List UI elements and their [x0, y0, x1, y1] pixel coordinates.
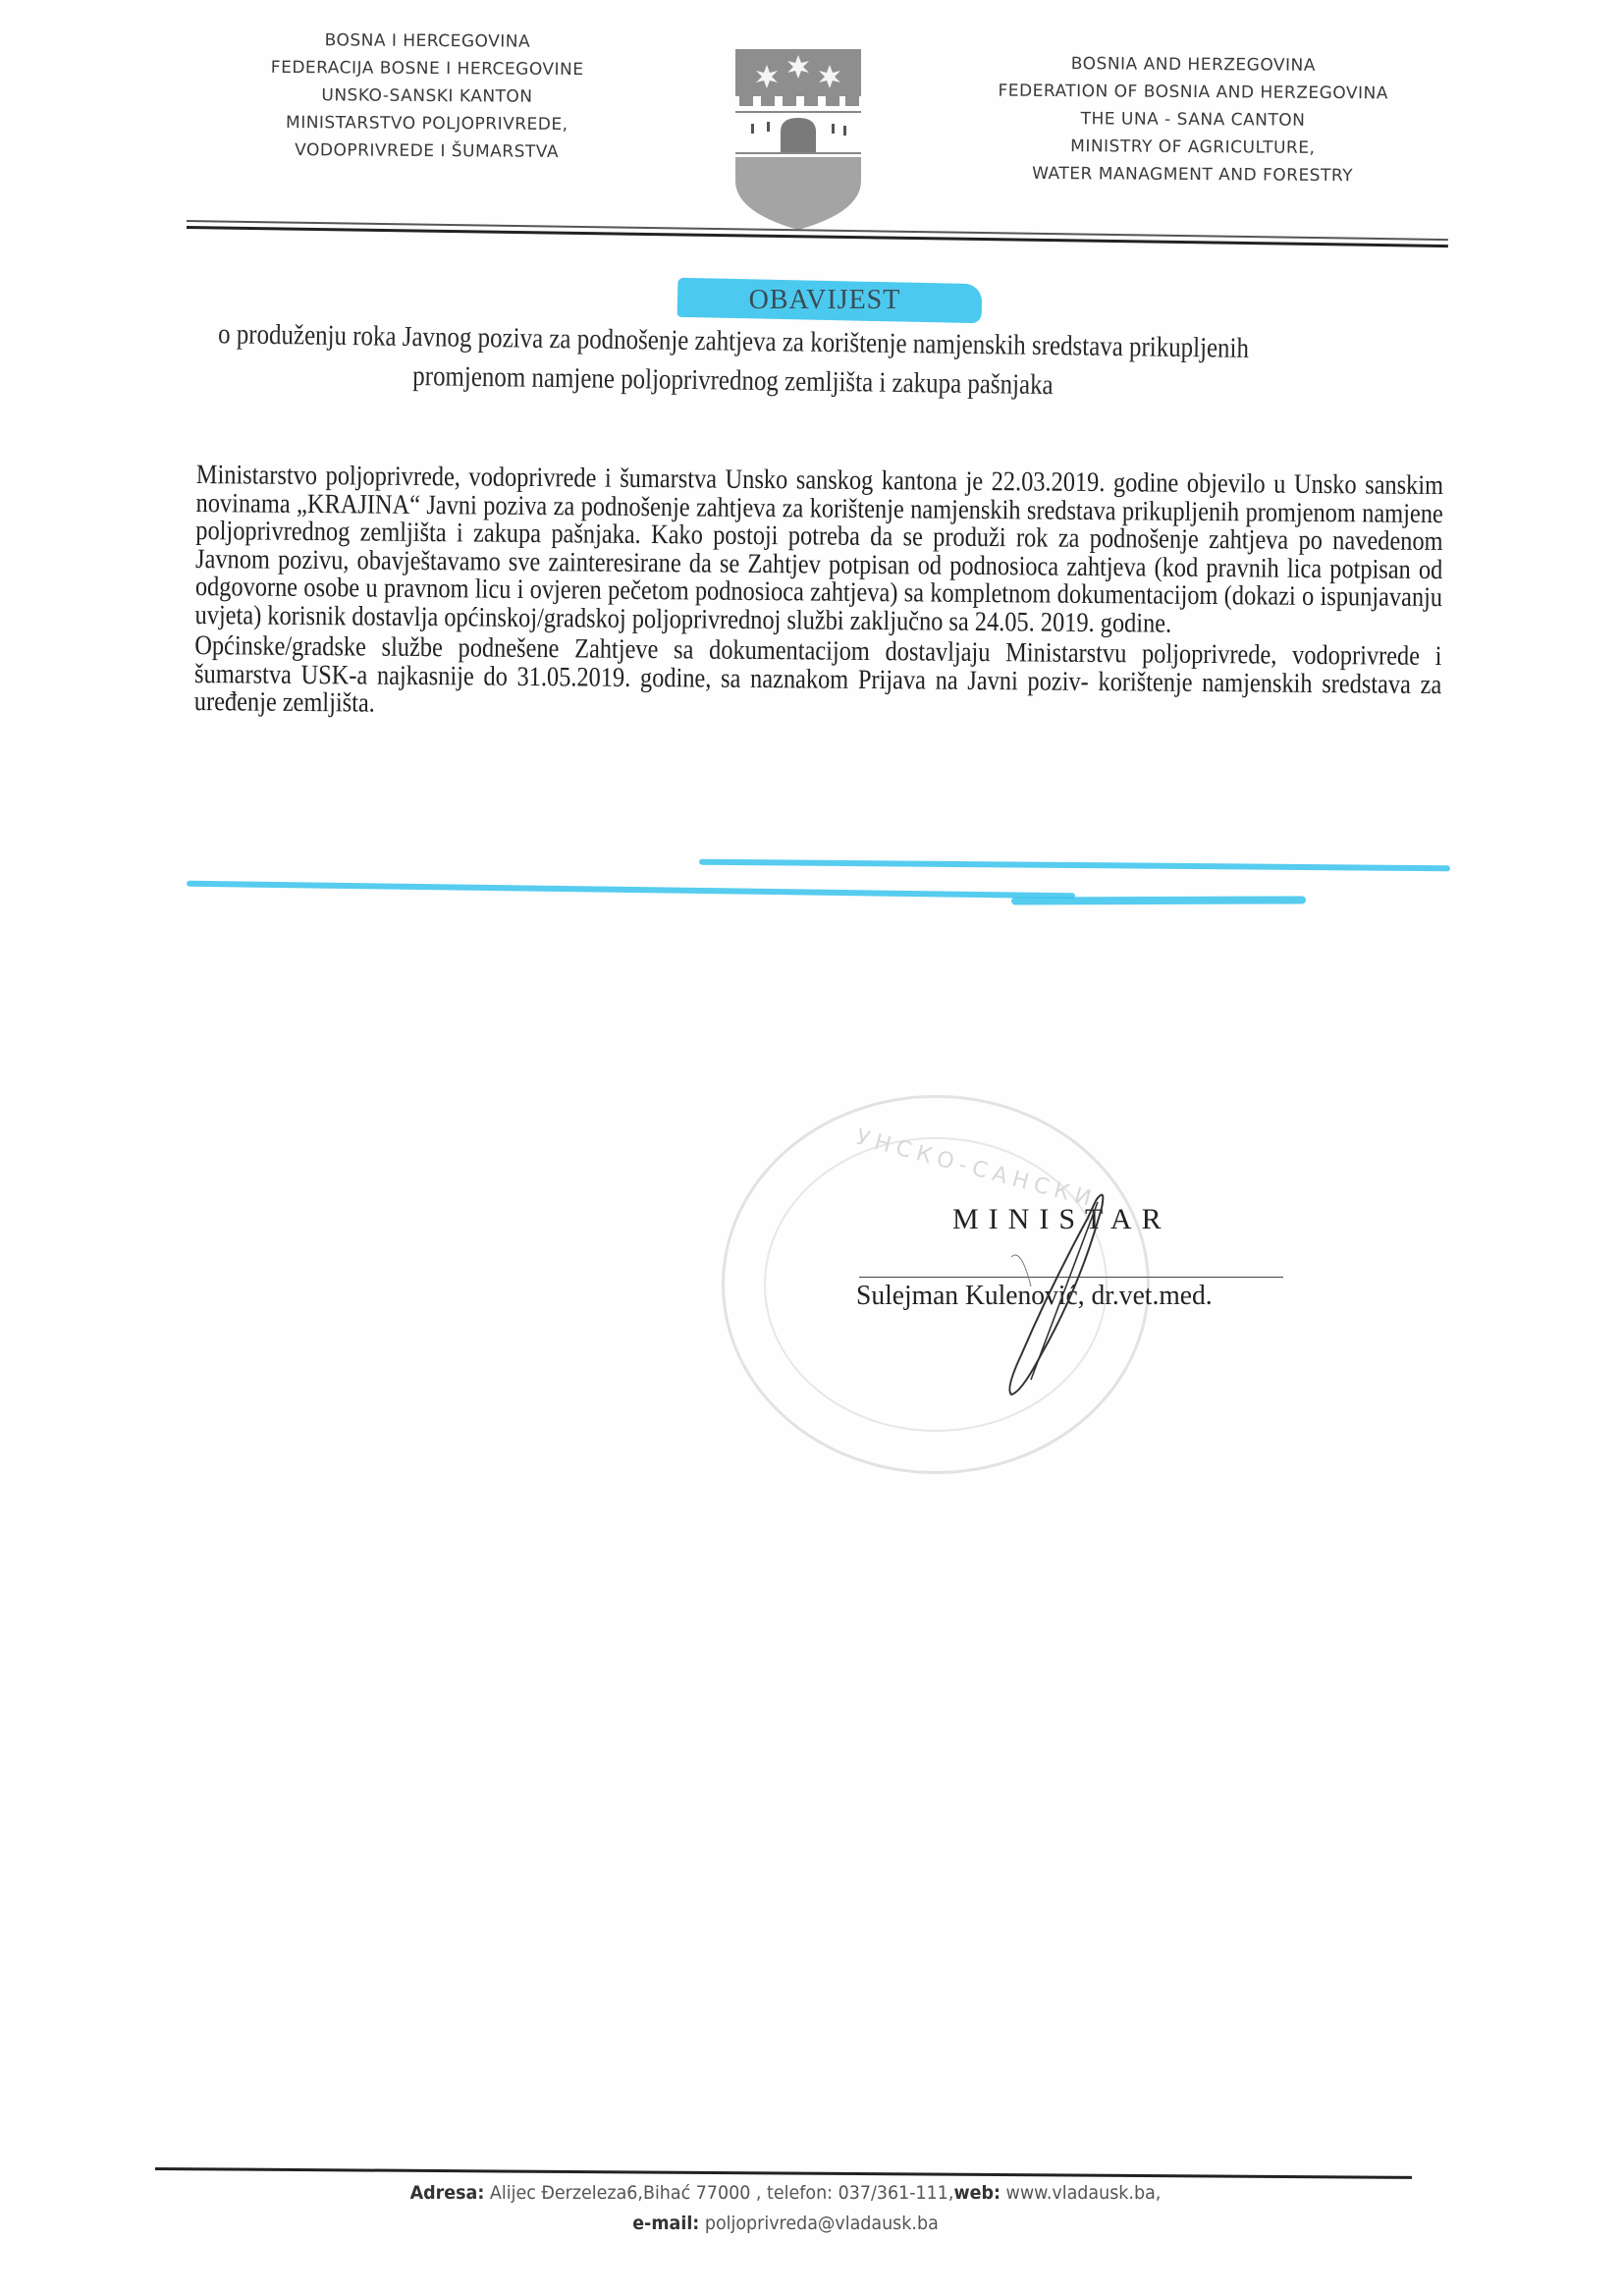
header-left-bosnian: BOSNA I HERCEGOVINA FEDERACIJA BOSNE I H… [250, 27, 605, 167]
header-line: MINISTARSTVO POLJOPRIVREDE, [250, 109, 604, 139]
body-paragraph: Ministarstvo poljoprivrede, vodoprivrede… [195, 462, 1444, 640]
header-line: UNSKO-SANSKI KANTON [250, 82, 604, 112]
web-label: web: [953, 2182, 1001, 2204]
header-line: MINISTRY OF AGRICULTURE, [972, 132, 1414, 162]
document-title: OBAVIJEST [677, 285, 972, 316]
body-paragraph: Općinske/gradske službe podnešene Zahtje… [194, 632, 1442, 728]
footer-contact: Adresa: Alijec Đerzeleza6,Bihać 77000 , … [207, 2178, 1364, 2239]
header-line: WATER MANAGMENT AND FORESTRY [972, 159, 1414, 190]
header-right-english: BOSNIA AND HERZEGOVINA FEDERATION OF BOS… [972, 49, 1415, 190]
header-line: FEDERATION OF BOSNIA AND HERZEGOVINA [972, 77, 1414, 107]
email-link[interactable]: poljoprivreda@vladausk.ba [705, 2213, 939, 2234]
highlighter-underline [187, 881, 1075, 900]
header-line: FEDERACIJA BOSNE I HERCEGOVINE [250, 54, 604, 84]
handwritten-signature-icon [982, 1178, 1119, 1404]
coat-of-arms-icon [730, 43, 867, 230]
web-link[interactable]: www.vladausk.ba, [1006, 2182, 1162, 2204]
header-line: THE UNA - SANA CANTON [972, 104, 1414, 135]
document-page: BOSNA I HERCEGOVINA FEDERACIJA BOSNE I H… [0, 0, 1623, 2296]
header-line: BOSNIA AND HERZEGOVINA [972, 49, 1414, 80]
document-body: Ministarstvo poljoprivrede, vodoprivrede… [194, 462, 1443, 728]
email-label: e-mail: [632, 2213, 699, 2234]
address-label: Adresa: [410, 2182, 485, 2204]
document-title-block: OBAVIJEST [677, 281, 982, 324]
header-line: BOSNA I HERCEGOVINA [250, 27, 604, 57]
highlighter-underline [699, 859, 1450, 872]
highlighter-underline [1011, 896, 1306, 904]
header-line: VODOPRIVREDE I ŠUMARSTVA [250, 137, 604, 167]
address-text: Alijec Đerzeleza6,Bihać 77000 , telefon:… [490, 2182, 954, 2204]
document-subtitle: o produženju roka Javnog poziva za podno… [200, 314, 1266, 408]
